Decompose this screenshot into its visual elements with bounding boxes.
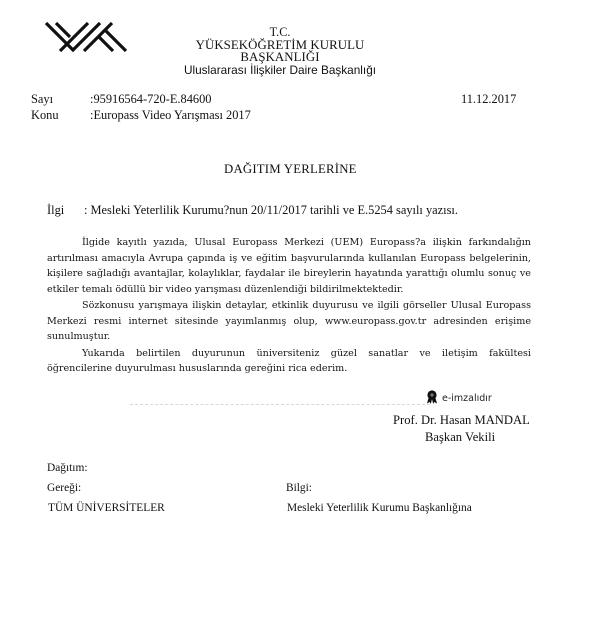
page-title: DAĞITIM YERLERİNE <box>224 162 357 177</box>
e-signature-label: e-imzalıdır <box>442 393 492 404</box>
subject-label: Konu <box>31 108 59 123</box>
e-signature-badge-icon <box>426 390 438 404</box>
reference-label: İlgi <box>47 203 64 218</box>
action-recipient: TÜM ÜNİVERSİTELER <box>48 502 165 514</box>
body-paragraph: İlgide kayıtlı yazıda, Ulusal Europass M… <box>47 235 531 297</box>
document-date: 11.12.2017 <box>461 92 516 107</box>
reference-text: : Mesleki Yeterlilik Kurumu?nun 20/11/20… <box>84 203 458 218</box>
info-label: Bilgi: <box>286 482 312 494</box>
institution-name: YÜKSEKÖĞRETİM KURULU BAŞKANLIĞI <box>160 39 400 64</box>
e-signature-note: e-imzalıdır <box>426 390 492 404</box>
signer-name: Prof. Dr. Hasan MANDAL <box>393 413 530 428</box>
signer-title: Başkan Vekili <box>425 430 495 445</box>
number-label: Sayı <box>31 92 53 107</box>
yok-logo-icon <box>44 21 130 54</box>
body-paragraph: Sözkonusu yarışmaya ilişkin detaylar, et… <box>47 298 531 345</box>
country-label: T.C. <box>160 26 400 39</box>
divider <box>130 404 430 405</box>
subject-value: :Europass Video Yarışması 2017 <box>90 108 251 123</box>
body-paragraph: Yukarıda belirtilen duyurunun üniversite… <box>47 346 531 377</box>
action-label: Gereği: <box>47 482 81 494</box>
department-name: Uluslararası İlişkiler Daire Başkanlığı <box>160 64 400 77</box>
letterhead: T.C. YÜKSEKÖĞRETİM KURULU BAŞKANLIĞI Ulu… <box>160 26 400 76</box>
number-value: :95916564-720-E.84600 <box>90 92 212 107</box>
info-recipient: Mesleki Yeterlilik Kurumu Başkanlığına <box>287 502 472 514</box>
letter-body: İlgide kayıtlı yazıda, Ulusal Europass M… <box>47 235 531 377</box>
distribution-label: Dağıtım: <box>47 462 88 474</box>
